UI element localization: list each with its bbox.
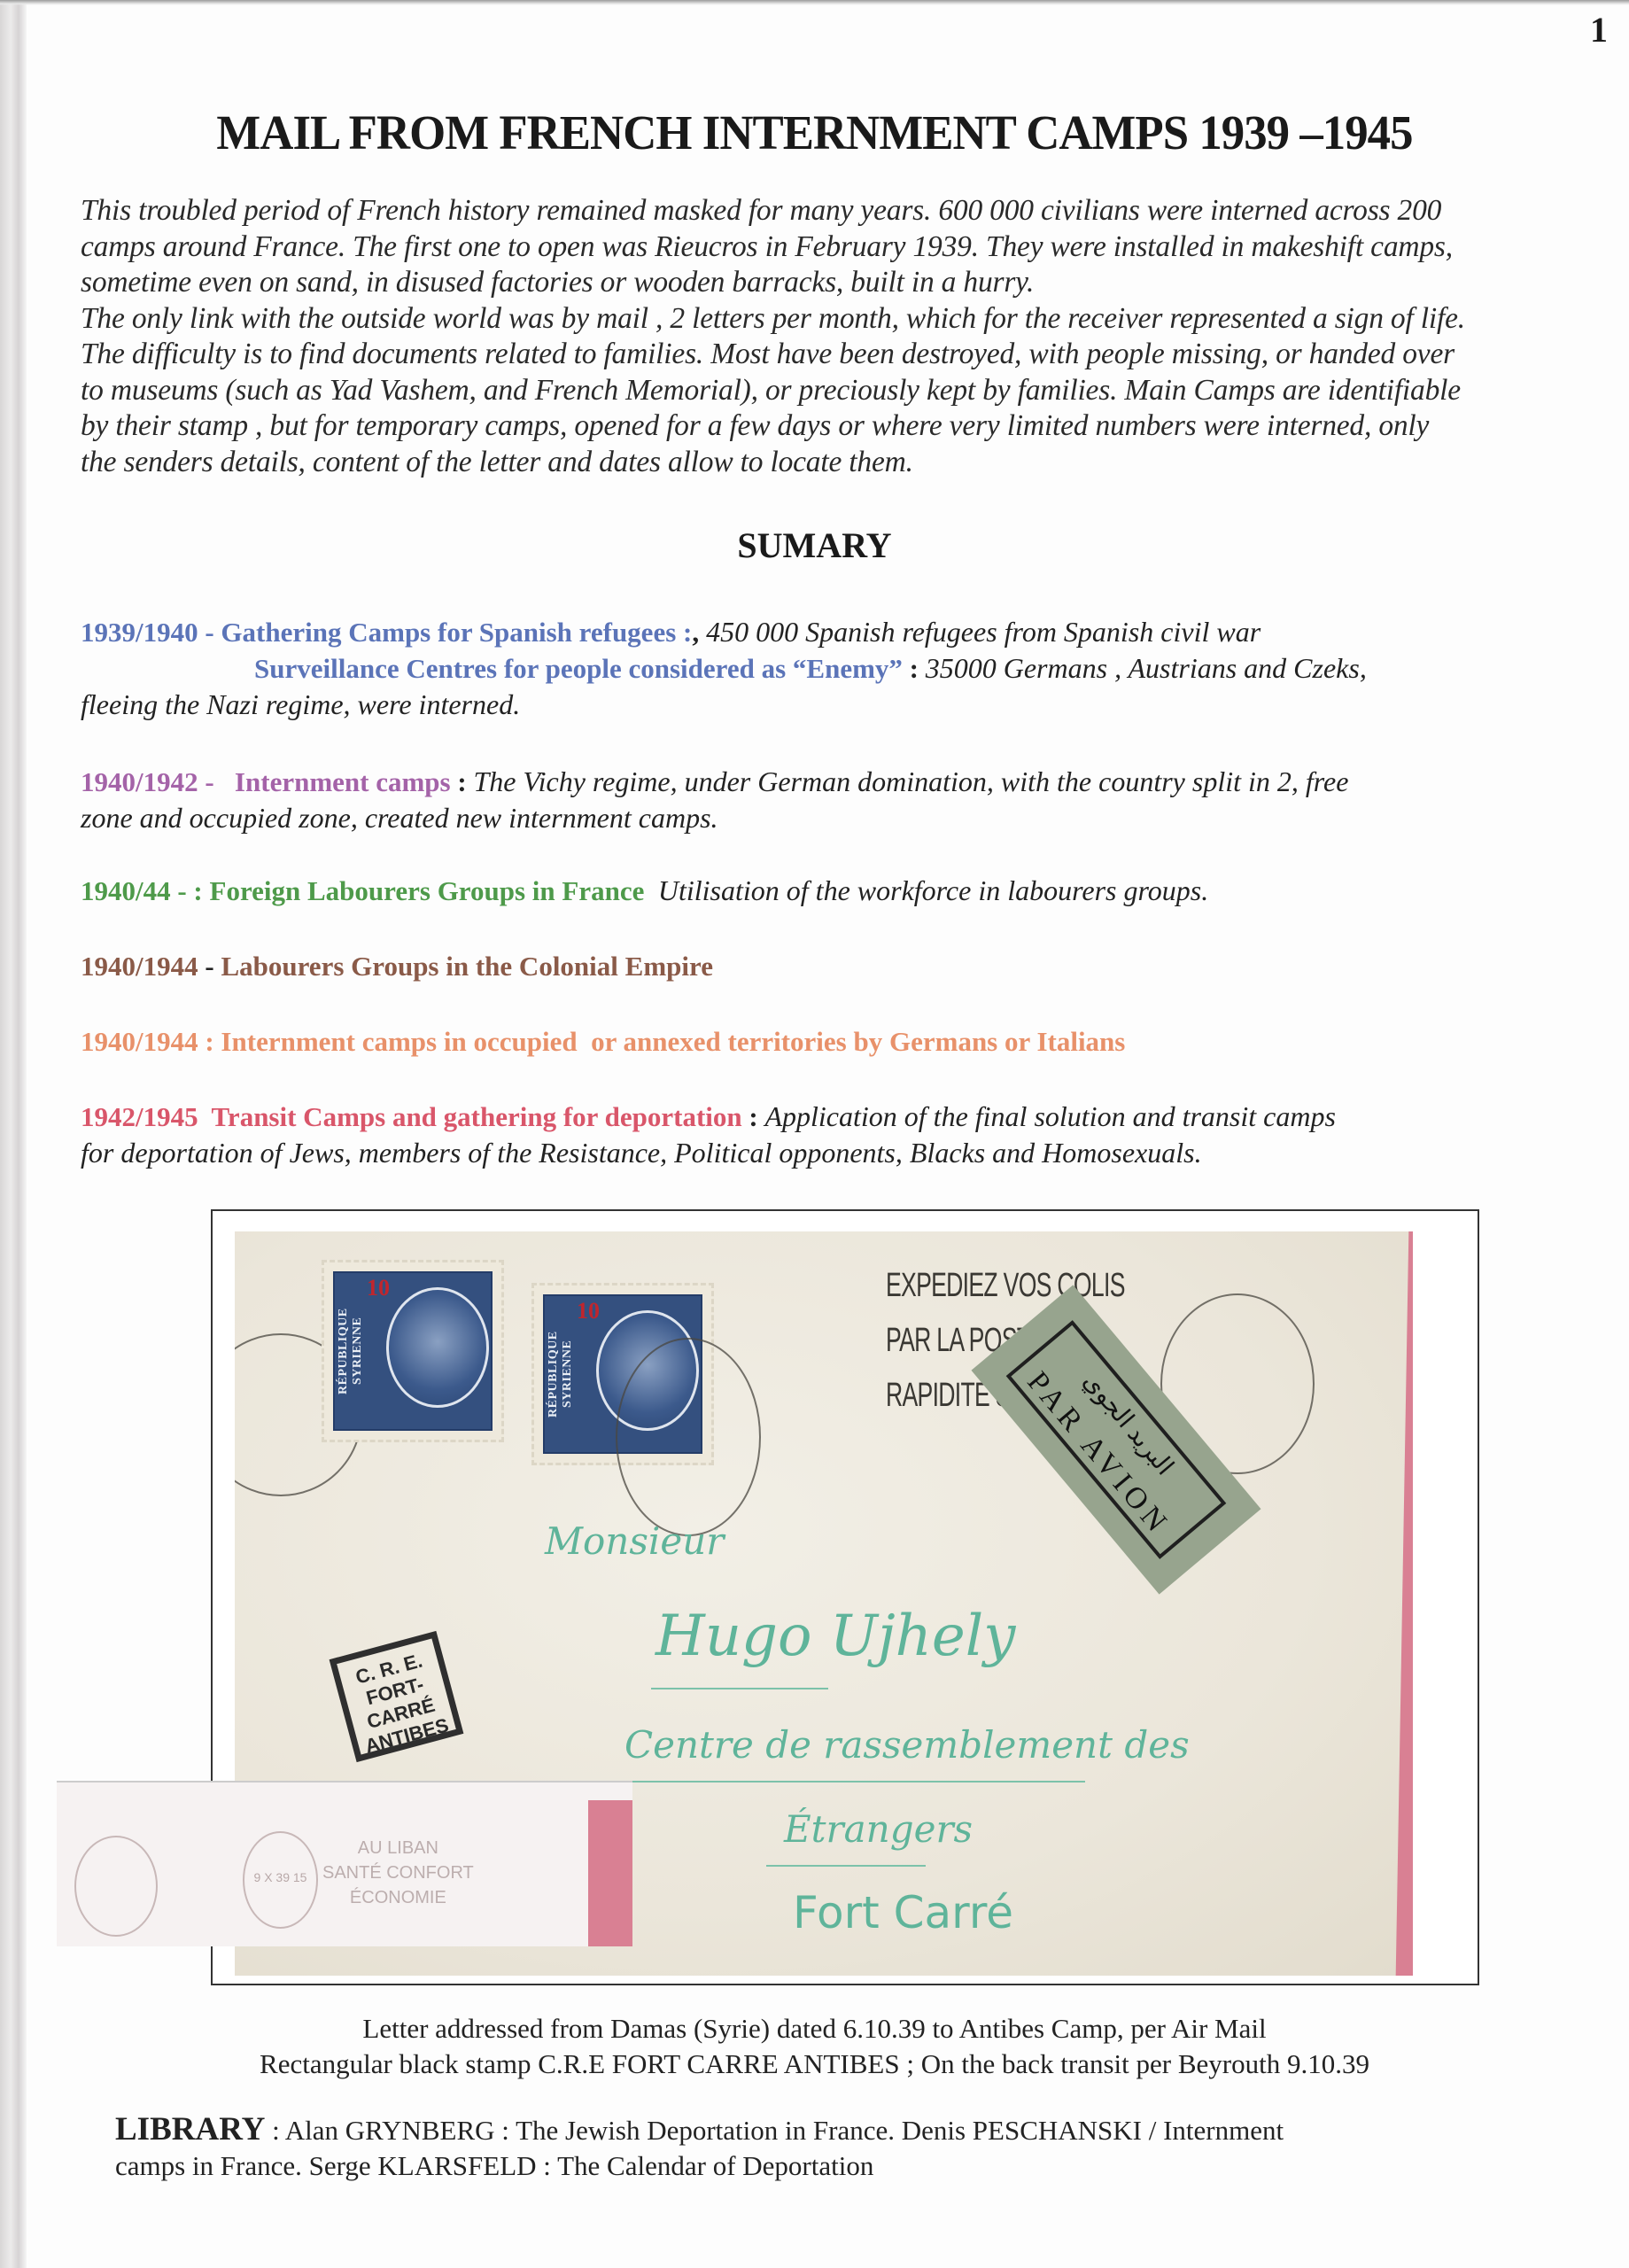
period-continuation: for deportation of Jews, members of the … <box>81 1135 1586 1171</box>
period-separator <box>644 875 658 906</box>
portrait-icon <box>386 1287 489 1408</box>
back-slogan-line: AU LIBAN <box>322 1836 474 1860</box>
back-slogan: AU LIBAN SANTÉ CONFORT ÉCONOMIE <box>322 1836 474 1910</box>
intro-line: The only link with the outside world was… <box>81 301 1586 338</box>
caption-line: Rectangular black stamp C.R.E FORT CARRE… <box>0 2047 1629 2082</box>
period-description: The Vichy regime, under German dominatio… <box>473 765 1348 797</box>
binder-edge <box>0 0 27 2268</box>
period-separator: , <box>692 617 699 648</box>
summary-period-1940-1942: 1940/1942 - Internment camps : The Vichy… <box>81 764 1586 836</box>
period-description: Application of the final solution and tr… <box>764 1100 1335 1132</box>
period-continuation: zone and occupied zone, created new inte… <box>81 800 1586 836</box>
handwriting-name: Hugo Ujhely <box>655 1604 1015 1669</box>
intro-line: sometime even on sand, in disused factor… <box>81 265 1586 301</box>
postmark-beyrouth <box>74 1836 158 1937</box>
period-heading: 1940/1944 <box>81 951 198 982</box>
period-description: 450 000 Spanish refugees from Spanish ci… <box>699 616 1261 648</box>
censor-band-back <box>588 1800 632 1946</box>
period-heading: 1940/1944 : Internment camps in occupied… <box>81 1026 1125 1057</box>
period-heading: 1942/1945 Transit Camps and gathering fo… <box>81 1101 742 1132</box>
scan-shadow <box>0 0 1629 5</box>
intro-line: camps around France. The first one to op… <box>81 229 1586 266</box>
period-heading-rest: Labourers Groups in the Colonial Empire <box>221 951 713 982</box>
handwriting-salutation: Monsieur <box>545 1519 724 1563</box>
envelope-back-inset: 9 X 39 15 AU LIBAN SANTÉ CONFORT ÉCONOMI… <box>57 1781 632 1946</box>
back-slogan-line: SANTÉ CONFORT <box>322 1860 474 1885</box>
period-heading: 1940/1942 - Internment camps <box>81 766 451 797</box>
caption-line: Letter addressed from Damas (Syrie) date… <box>0 2011 1629 2047</box>
intro-line: to museums (such as Yad Vashem, and Fren… <box>81 373 1586 409</box>
intro-line: The difficulty is to find documents rela… <box>81 337 1586 373</box>
cre-fort-carre-stamp: C. R. E. FORT-CARRÉ ANTIBES <box>330 1631 464 1762</box>
library-references: LIBRARY : Alan GRYNBERG : The Jewish Dep… <box>115 2112 1577 2184</box>
handwriting-address-2: Étrangers <box>784 1807 973 1851</box>
intro-paragraph: This troubled period of French history r… <box>81 193 1586 480</box>
period-continuation: fleeing the Nazi regime, were interned. <box>81 687 1586 723</box>
intro-line: by their stamp , but for temporary camps… <box>81 408 1586 445</box>
censor-label: CONTRÔLE POSTAL MILITAIRE <box>1410 1728 1413 1976</box>
back-slogan-line: ÉCONOMIE <box>322 1885 474 1910</box>
handwriting-underline <box>624 1781 1085 1783</box>
slogan-line: EXPEDIEZ VOS COLIS <box>886 1258 1059 1313</box>
postage-stamp: RÉPUBLIQUE SYRIENNE 10 <box>322 1260 504 1442</box>
period-separator: : <box>742 1101 765 1132</box>
page-title: MAIL FROM FRENCH INTERNMENT CAMPS 1939 –… <box>33 105 1596 160</box>
library-text: camps in France. Serge KLARSFELD : The C… <box>115 2148 1577 2184</box>
period-heading: 1940/44 - : Foreign Labourers Groups in … <box>81 875 644 906</box>
period-separator: - <box>198 951 221 982</box>
handwriting-address-1: Centre de rassemblement des <box>624 1723 1190 1767</box>
handwriting-underline <box>651 1688 828 1689</box>
library-text: : Alan GRYNBERG : The Jewish Deportation… <box>265 2115 1284 2146</box>
summary-period-1942-1945: 1942/1945 Transit Camps and gathering fo… <box>81 1099 1586 1171</box>
postmark-damas <box>616 1338 761 1536</box>
intro-line: This troubled period of French history r… <box>81 193 1586 229</box>
period-separator: : <box>903 653 926 684</box>
summary-period-1939-1940: 1939/1940 - Gathering Camps for Spanish … <box>81 614 1586 723</box>
period-separator: : <box>451 766 474 797</box>
period-subdescription: 35000 Germans , Austrians and Czeks, <box>926 652 1367 684</box>
censor-band: CONTRÔLE POSTAL MILITAIRE <box>1396 1231 1413 1976</box>
handwriting-underline <box>766 1865 926 1867</box>
summary-heading: SUMARY <box>0 524 1629 566</box>
intro-line: the senders details, content of the lett… <box>81 445 1586 481</box>
summary-period-1940-1944-colonial: 1940/1944 - Labourers Groups in the Colo… <box>81 948 1586 984</box>
period-subheading: Surveillance Centres for people consider… <box>254 653 903 684</box>
postmark-date: 9 X 39 15 <box>254 1870 307 1884</box>
period-heading: 1939/1940 - Gathering Camps for Spanish … <box>81 617 692 648</box>
stamp-surcharge: 10 <box>577 1298 600 1324</box>
postmark-beyrouth: 9 X 39 15 <box>243 1831 318 1929</box>
envelope-caption: Letter addressed from Damas (Syrie) date… <box>0 2011 1629 2082</box>
period-description: Utilisation of the workforce in labourer… <box>658 874 1208 906</box>
library-label: LIBRARY <box>115 2111 265 2148</box>
summary-period-1940-44: 1940/44 - : Foreign Labourers Groups in … <box>81 873 1586 909</box>
stamp-surcharge: 10 <box>367 1275 390 1301</box>
handwriting-address-3: Fort Carré <box>793 1887 1013 1938</box>
summary-period-1940-1944-occupied: 1940/1944 : Internment camps in occupied… <box>81 1023 1586 1060</box>
page-number: 1 <box>1590 9 1608 50</box>
